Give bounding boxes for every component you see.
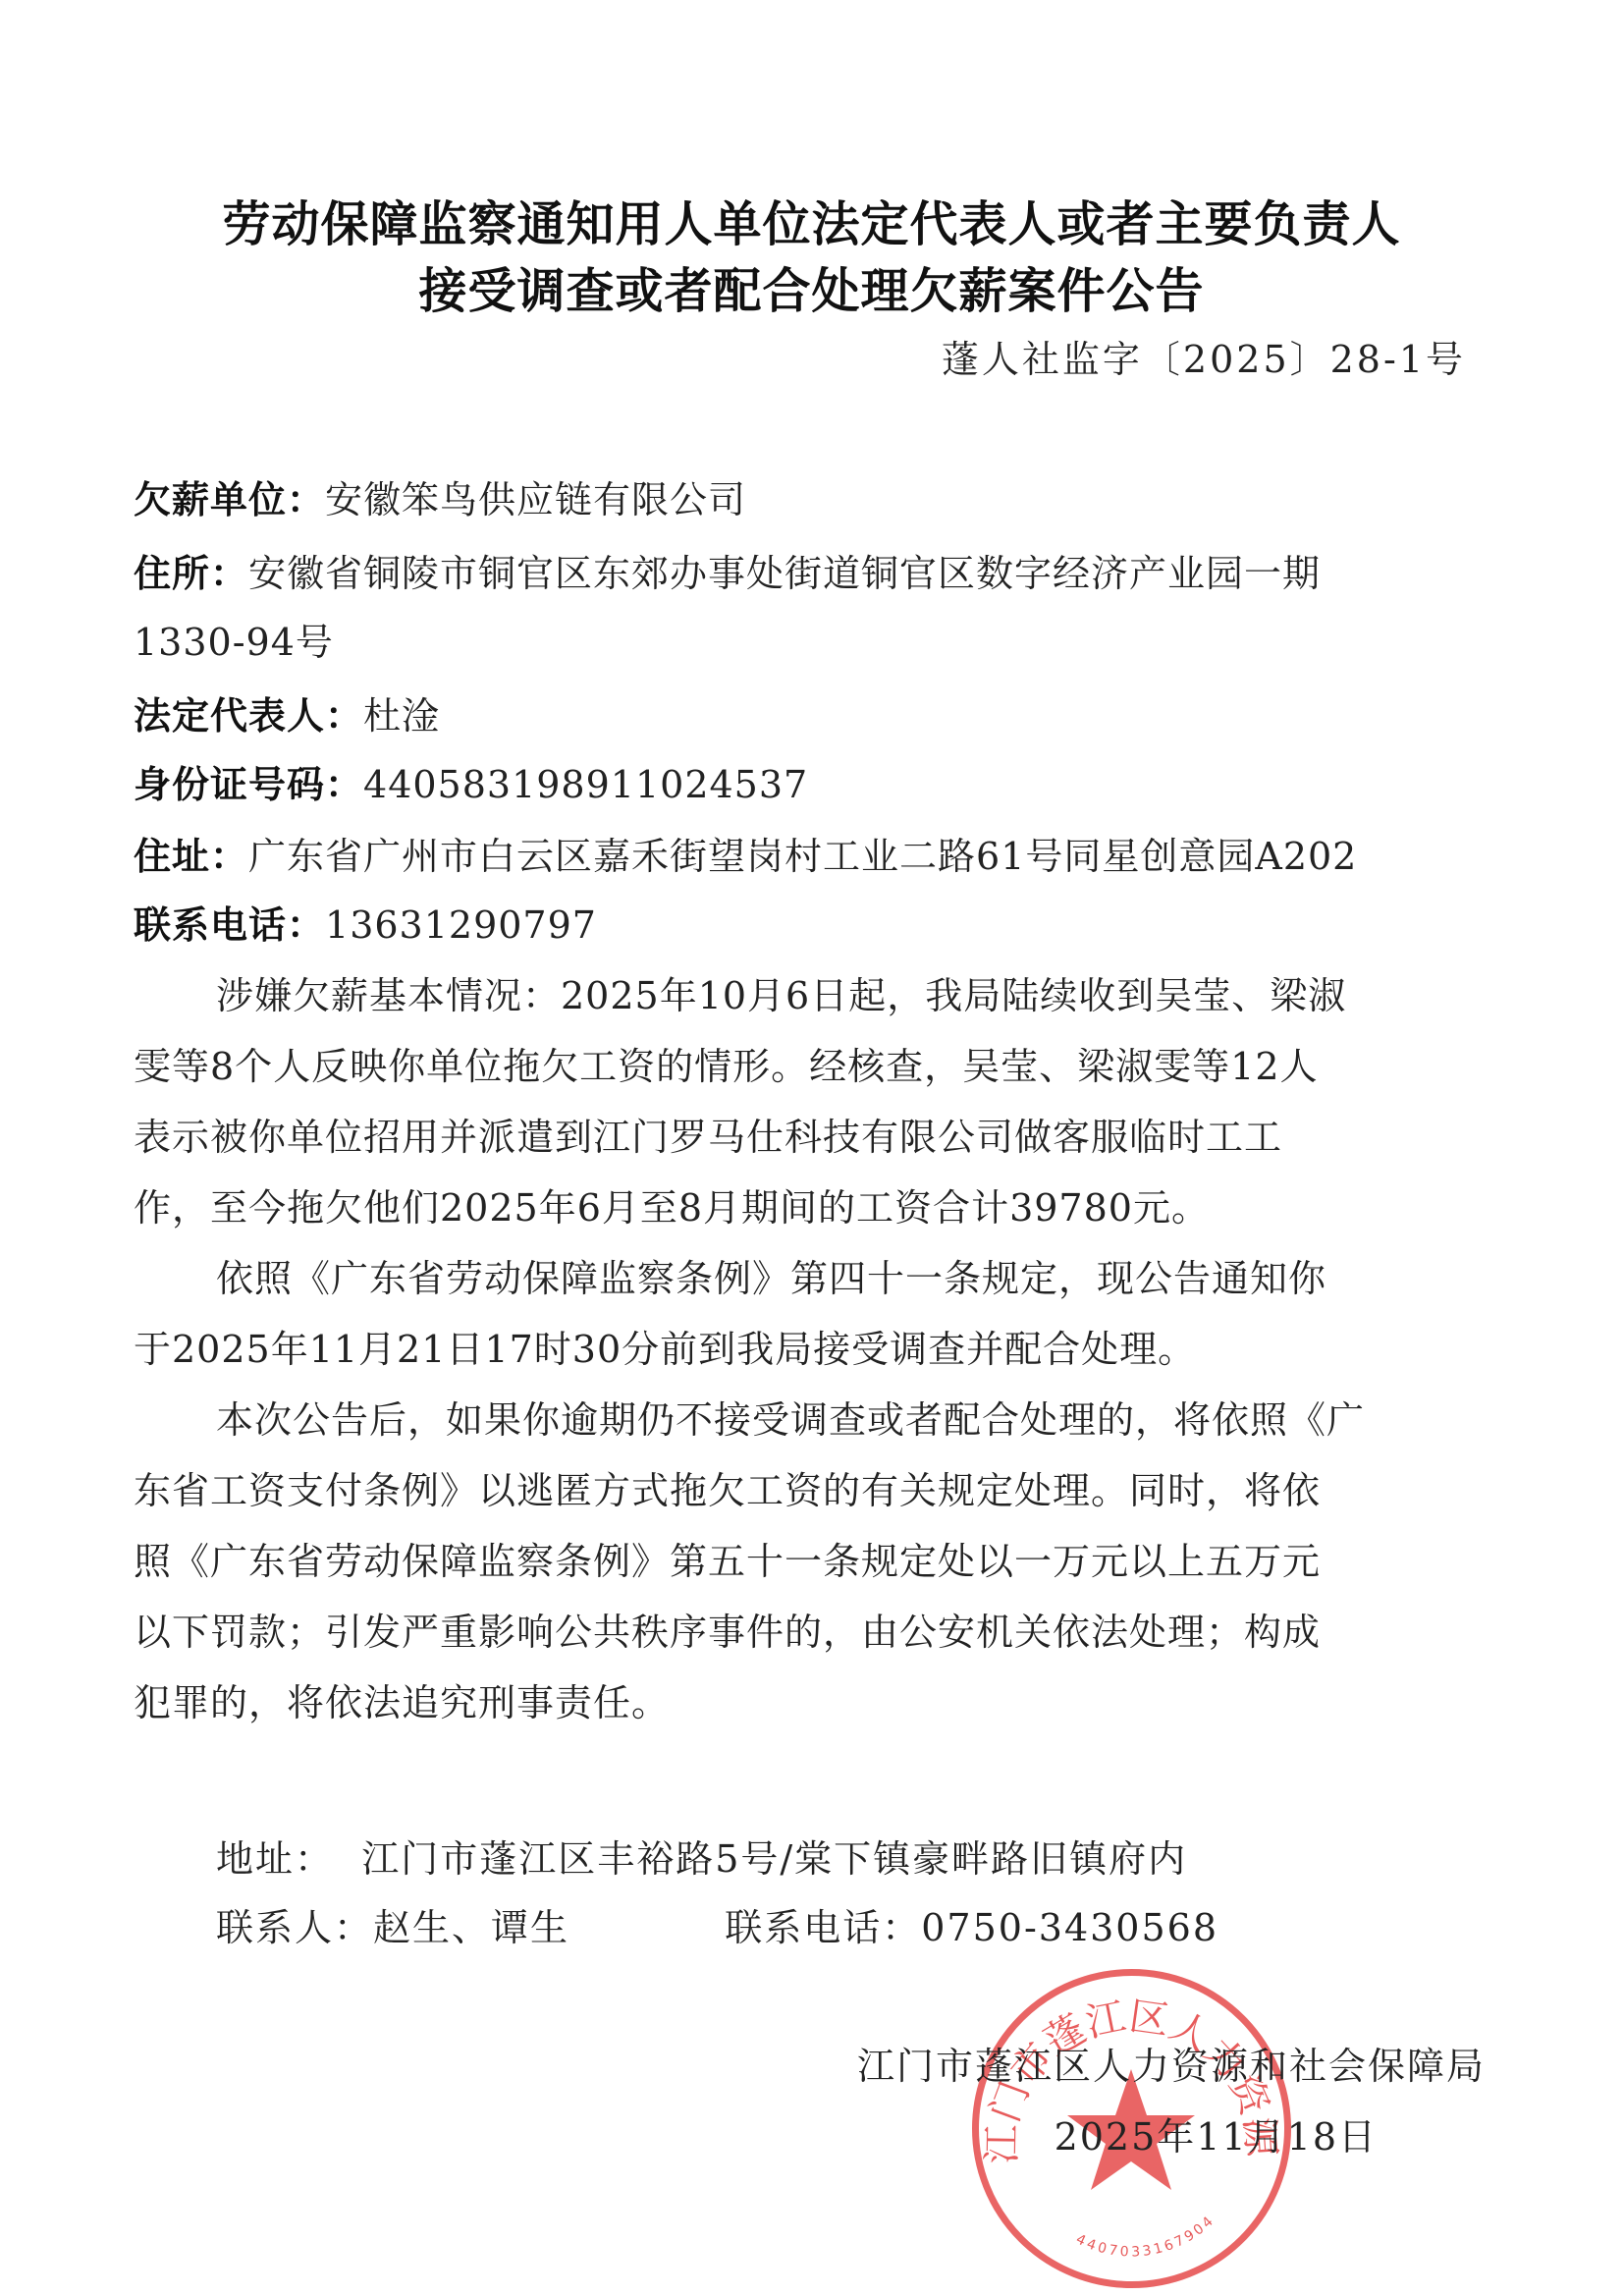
legal-rep-label: 法定代表人： — [134, 694, 363, 738]
paragraph3-line4: 以下罚款；引发严重影响公共秩序事件的，由公安机关依法处理；构成 — [134, 1609, 1321, 1656]
paragraph3-line2: 东省工资支付条例》以逃匿方式拖欠工资的有关规定处理。同时，将依 — [134, 1467, 1321, 1514]
paragraph1-line3: 表示被你单位招用并派遣到江门罗马仕科技有限公司做客服临时工工 — [134, 1114, 1282, 1161]
employer-unit-row: 欠薪单位：安徽笨鸟供应链有限公司 — [134, 476, 746, 523]
office-address-label: 地址： — [216, 1837, 334, 1881]
page-title-line2: 接受调查或者配合处理欠薪案件公告 — [0, 253, 1623, 322]
id-number-row: 身份证号码：440583198911024537 — [134, 761, 808, 808]
id-number-value: 440583198911024537 — [363, 763, 808, 806]
paragraph2-line2: 于2025年11月21日17时30分前到我局接受调查并配合处理。 — [134, 1326, 1196, 1373]
document-number: 蓬人社监字〔2025〕28-1号 — [942, 329, 1466, 383]
domicile-value-cont: 1330-94号 — [134, 621, 334, 664]
notice-page: 劳动保障监察通知用人单位法定代表人或者主要负责人 接受调查或者配合处理欠薪案件公… — [0, 0, 1623, 2296]
seal-code: 4407033167904 — [1073, 2213, 1218, 2261]
address-row: 住址：广东省广州市白云区嘉禾街望岗村工业二路61号同星创意园A202 — [134, 833, 1357, 880]
domicile-row-cont: 1330-94号 — [134, 619, 334, 666]
paragraph1-line4: 作，至今拖欠他们2025年6月至8月期间的工资合计39780元。 — [134, 1184, 1210, 1231]
address-label: 住址： — [134, 835, 248, 878]
contact-person-value: 赵生、谭生 — [373, 1906, 569, 1949]
svg-text:4407033167904: 4407033167904 — [1073, 2213, 1218, 2261]
phone-label: 联系电话： — [134, 903, 325, 947]
paragraph1-line2: 雯等8个人反映你单位拖欠工资的情形。经核查，吴莹、梁淑雯等12人 — [134, 1043, 1319, 1090]
paragraph1-line1: 涉嫌欠薪基本情况：2025年10月6日起，我局陆续收到吴莹、梁淑 — [216, 972, 1346, 1019]
issuing-organization: 江门市蓬江区人力资源和社会保障局 — [857, 2036, 1486, 2090]
paragraph3-line1: 本次公告后，如果你逾期仍不接受调查或者配合处理的，将依照《广 — [216, 1396, 1365, 1444]
domicile-row: 住所：安徽省铜陵市铜官区东郊办事处街道铜官区数字经济产业园一期 — [134, 550, 1321, 597]
office-phone-label: 联系电话： — [725, 1906, 921, 1949]
paragraph3-line5: 犯罪的，将依法追究刑事责任。 — [134, 1679, 670, 1726]
contact-person-label: 联系人： — [216, 1906, 373, 1949]
page-title-line1: 劳动保障监察通知用人单位法定代表人或者主要负责人 — [0, 187, 1623, 255]
legal-rep-value: 杜淦 — [363, 694, 440, 738]
domicile-label: 住所： — [134, 552, 248, 595]
paragraph3-line3: 照《广东省劳动保障监察条例》第五十一条规定处以一万元以上五万元 — [134, 1538, 1321, 1585]
legal-rep-row: 法定代表人：杜淦 — [134, 692, 440, 739]
office-address-value: 江门市蓬江区丰裕路5号/棠下镇豪畔路旧镇府内 — [361, 1837, 1187, 1881]
employer-unit-label: 欠薪单位： — [134, 478, 325, 521]
office-address-row: 地址： 江门市蓬江区丰裕路5号/棠下镇豪畔路旧镇府内 — [216, 1829, 1187, 1883]
id-number-label: 身份证号码： — [134, 763, 363, 806]
phone-row: 联系电话：13631290797 — [134, 902, 597, 949]
address-value: 广东省广州市白云区嘉禾街望岗村工业二路61号同星创意园A202 — [248, 835, 1357, 878]
issue-date: 2025年11月18日 — [1055, 2106, 1378, 2160]
employer-unit-value: 安徽笨鸟供应链有限公司 — [325, 478, 746, 521]
phone-value: 13631290797 — [325, 903, 597, 947]
office-phone-value: 0750-3430568 — [921, 1906, 1218, 1949]
paragraph2-line1: 依照《广东省劳动保障监察条例》第四十一条规定，现公告通知你 — [216, 1255, 1326, 1302]
domicile-value: 安徽省铜陵市铜官区东郊办事处街道铜官区数字经济产业园一期 — [248, 552, 1321, 595]
contact-row: 联系人：赵生、谭生 联系电话：0750-3430568 — [216, 1897, 1218, 1951]
